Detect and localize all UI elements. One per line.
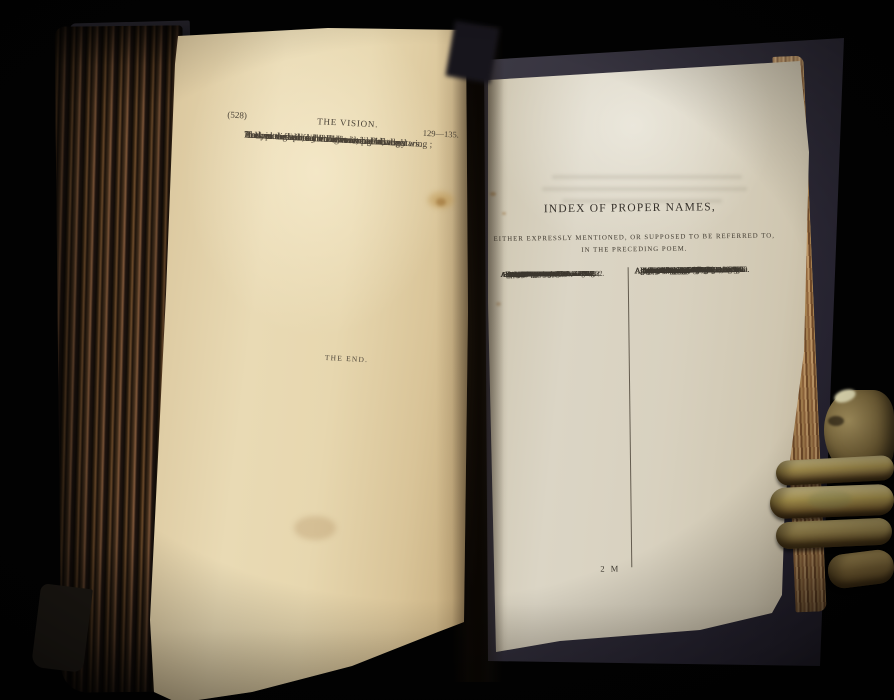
index-left-column: Abbagliato, H. xxix. 129.Abbati, Par. xv… — [501, 269, 631, 271]
book-cover-corner — [31, 583, 93, 673]
gutter-shadow — [452, 26, 504, 682]
index-title: INDEX OF PROPER NAMES, — [484, 200, 776, 216]
hand-finger — [775, 455, 894, 486]
page-stain — [294, 516, 336, 540]
index-subtitle-line2: IN THE PRECEDING POEM. — [484, 244, 784, 255]
index-entry-line: Alessio. See Interminei. — [635, 266, 711, 275]
index-entry-line: Agamemnon, Par. v. 69. — [501, 270, 566, 279]
column-divider — [628, 267, 633, 567]
hand-finger — [775, 517, 892, 549]
index-subtitle-line1: EITHER EXPRESSLY MENTIONED, OR SUPPOSED … — [484, 232, 784, 243]
hand-tarnish-patch — [828, 416, 844, 426]
hand-finger — [826, 548, 894, 590]
hand-finger-patina — [808, 489, 853, 509]
signature-mark: 2 M — [600, 563, 620, 573]
left-page-text: (528) THE VISION. 129—135. How placed : … — [202, 104, 478, 427]
poem-line: That moves the sun in heaven and all the… — [244, 130, 422, 151]
running-title: THE VISION. — [317, 116, 379, 129]
hand-finger — [769, 484, 894, 519]
book-photo: (528) THE VISION. 129—135. How placed : … — [0, 0, 894, 700]
gutter-top-shadow — [445, 21, 499, 84]
index-right-column: Agapete I. Par. vi. 16.Agatho, Purg. xxi… — [635, 265, 803, 267]
page-number: (528) — [227, 110, 247, 121]
end-mark: THE END. — [325, 353, 369, 364]
brass-hand — [768, 388, 894, 604]
